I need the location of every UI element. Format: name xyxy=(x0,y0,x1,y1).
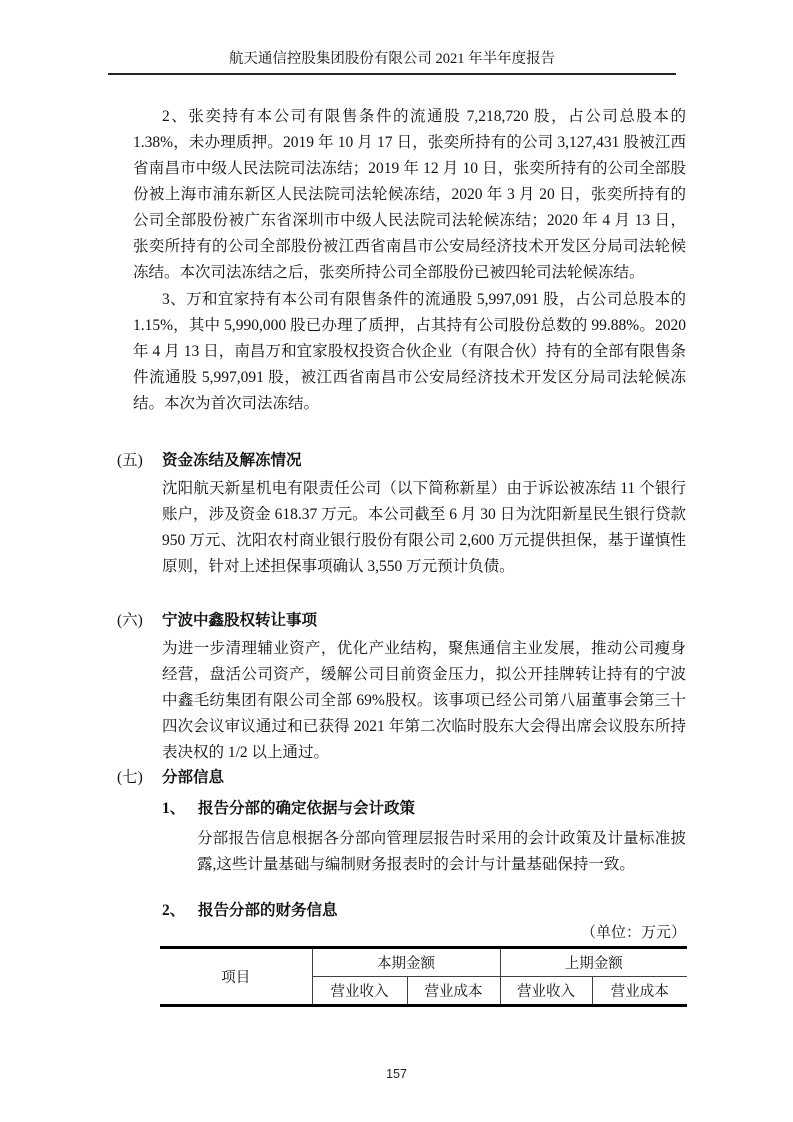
subsection-2-heading: 2、报告分部的财务信息 xyxy=(162,898,338,924)
col-group-current-period: 本期金额 xyxy=(312,948,500,977)
section-6-title: 宁波中鑫股权转让事项 xyxy=(162,612,317,629)
col-header-item: 项目 xyxy=(160,948,312,1006)
section-5-body: 沈阳航天新星机电有限责任公司（以下简称新星）由于诉讼被冻结 11 个银行账户，涉… xyxy=(162,476,686,580)
col-group-prior-period: 上期金额 xyxy=(500,948,687,977)
col-subheader-revenue-current: 营业收入 xyxy=(312,977,407,1006)
subsection-1-body: 分部报告信息根据各分部向管理层报告时采用的会计政策及计量标准披露,这些计量基础与… xyxy=(197,826,686,878)
col-subheader-cost-current: 营业成本 xyxy=(407,977,500,1006)
subsection-2-marker: 2、 xyxy=(162,898,198,924)
report-page: 航天通信控股集团股份有限公司 2021 年半年度报告 2、张奕持有本公司有限售条… xyxy=(0,0,793,1122)
section-5-marker: (五) xyxy=(117,448,162,474)
section-5-heading: (五)资金冻结及解冻情况 xyxy=(117,448,302,474)
section-6-marker: (六) xyxy=(117,608,162,634)
report-title: 航天通信控股集团股份有限公司 2021 年半年度报告 xyxy=(229,51,555,67)
col-subheader-revenue-prior: 营业收入 xyxy=(500,977,592,1006)
page-number: 157 xyxy=(0,1067,793,1081)
col-subheader-cost-prior: 营业成本 xyxy=(592,977,687,1006)
section-7-marker: (七) xyxy=(117,765,162,791)
section-7-heading: (七)分部信息 xyxy=(117,765,224,791)
paragraph-wanheyijia-frozen-shares: 3、万和宜家持有本公司有限售条件的流通股 5,997,091 股，占公司总股本的… xyxy=(133,287,686,417)
segment-financial-table: 项目 本期金额 上期金额 营业收入 营业成本 营业收入 营业成本 xyxy=(160,946,687,1007)
subsection-1-heading: 1、报告分部的确定依据与会计政策 xyxy=(162,796,415,822)
section-7-title: 分部信息 xyxy=(162,769,224,786)
subsection-2-title: 报告分部的财务信息 xyxy=(198,902,338,919)
section-5-title: 资金冻结及解冻情况 xyxy=(162,452,302,469)
subsection-1-title: 报告分部的确定依据与会计政策 xyxy=(198,800,415,817)
table-header-row-groups: 项目 本期金额 上期金额 xyxy=(160,948,687,977)
section-6-body: 为进一步清理辅业资产，优化产业结构，聚焦通信主业发展，推动公司瘦身经营，盘活公司… xyxy=(162,636,686,766)
page-header: 航天通信控股集团股份有限公司 2021 年半年度报告 xyxy=(108,50,676,75)
subsection-1-marker: 1、 xyxy=(162,796,198,822)
table-unit-note: （单位：万元） xyxy=(581,921,686,945)
section-6-heading: (六)宁波中鑫股权转让事项 xyxy=(117,608,317,634)
paragraph-zhangyi-frozen-shares: 2、张奕持有本公司有限售条件的流通股 7,218,720 股，占公司总股本的 1… xyxy=(133,104,686,286)
